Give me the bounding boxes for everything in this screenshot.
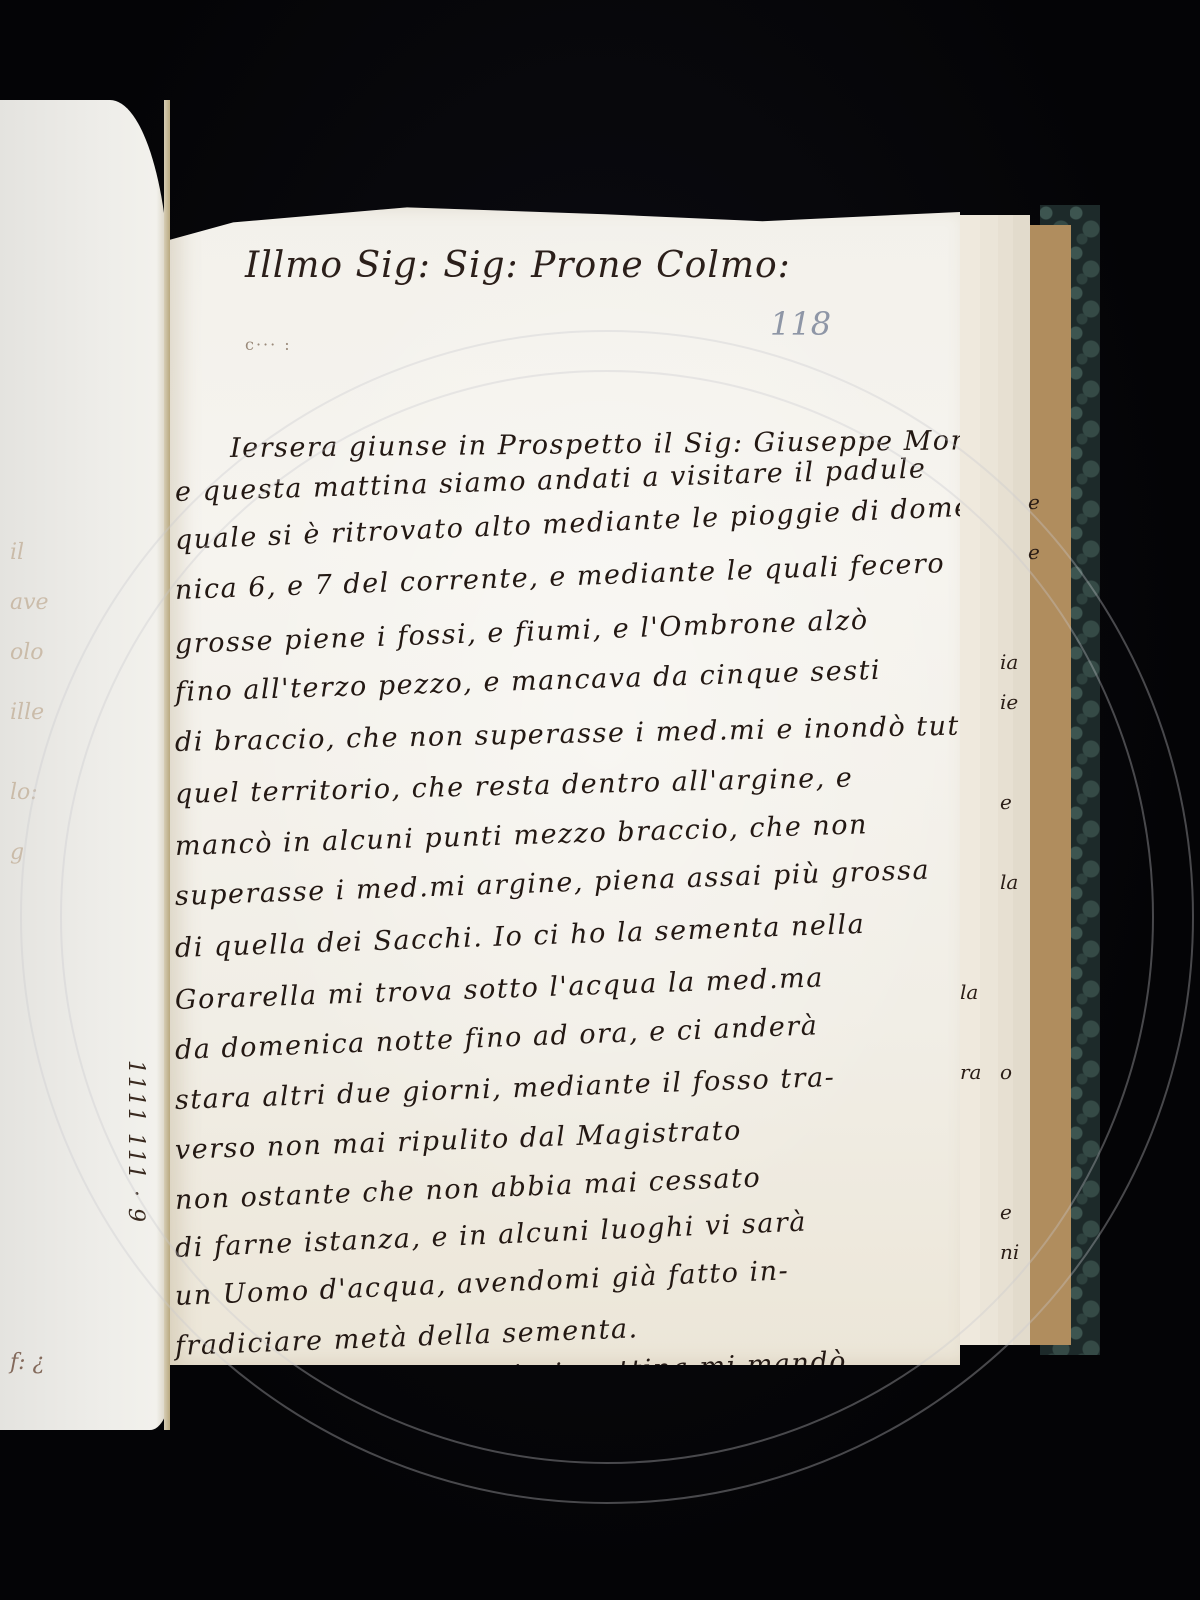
left-page-faint-text: olo xyxy=(10,640,44,665)
handwritten-line: da domenica notte fino ad ora, e ci ande… xyxy=(174,1010,818,1066)
handwritten-line: fradiciare metà della sementa. xyxy=(174,1313,639,1362)
margin-fragment: la xyxy=(1000,870,1018,894)
letter-salutation: Illmo Sig: Sig: Prone Colmo: xyxy=(245,245,791,286)
handwritten-line: quel territorio, che resta dentro all'ar… xyxy=(175,762,854,810)
margin-fragment: e xyxy=(1028,490,1040,514)
handwritten-line: di braccio, che non superasse i med.mi e… xyxy=(175,710,991,758)
folio-number: 118 xyxy=(770,305,831,343)
page-gutter xyxy=(164,100,170,1430)
margin-fragment: e xyxy=(1028,540,1040,564)
margin-fragment: ia xyxy=(1000,650,1018,674)
manuscript-page: Illmo Sig: Sig: Prone Colmo: 118 c··· : … xyxy=(170,205,960,1365)
handwritten-line: di farne istanza, e in alcuni luoghi vi … xyxy=(174,1207,807,1264)
margin-fragment: ni xyxy=(1000,1240,1019,1264)
left-page-faint-text: il xyxy=(10,540,24,565)
margin-fragment: la xyxy=(960,980,978,1004)
left-page-faint-text: lo: xyxy=(10,780,38,805)
margin-fragment: e xyxy=(1000,1200,1012,1224)
margin-fragment: ra xyxy=(960,1060,981,1084)
handwritten-line: stara altri due giorni, mediante il foss… xyxy=(174,1062,835,1116)
handwritten-line: mancò in alcuni punti mezzo braccio, che… xyxy=(175,809,869,862)
left-page-bottom-fragment: f: ¿ xyxy=(10,1350,44,1375)
handwritten-line: nica 6, e 7 del corrente, e mediante le … xyxy=(174,548,945,606)
margin-fragment: e xyxy=(1000,790,1012,814)
handwritten-line: verso non mai ripulito dal Magistrato xyxy=(174,1115,742,1166)
ink-smudge: c··· : xyxy=(245,335,292,354)
spine-vertical-note: 1111 111 · 9 xyxy=(123,1060,148,1224)
handwritten-line: un Uomo d'acqua, avendomi già fatto in- xyxy=(174,1255,789,1312)
left-page-faint-text: ille xyxy=(10,700,44,725)
handwritten-line: di quella dei Sacchi. Io ci ho la sement… xyxy=(174,909,865,964)
left-page-faint-text: g xyxy=(10,840,24,865)
left-page-faint-text: ave xyxy=(10,590,49,615)
handwritten-line: Gorarella mi trova sotto l'acqua la med.… xyxy=(174,962,824,1016)
margin-fragment: ie xyxy=(1000,690,1018,714)
margin-fragment: o xyxy=(1000,1060,1012,1084)
left-page: il ave olo ille lo: g f: ¿ xyxy=(0,100,170,1430)
handwritten-line: superasse i med.mi argine, piena assai p… xyxy=(174,855,930,912)
handwritten-line: non ostante che non abbia mai cessato xyxy=(174,1162,761,1215)
handwritten-line: fino all'terzo pezzo, e mancava da cinqu… xyxy=(175,655,882,708)
handwritten-line: grosse piene i fossi, e fiumi, e l'Ombro… xyxy=(174,605,869,660)
